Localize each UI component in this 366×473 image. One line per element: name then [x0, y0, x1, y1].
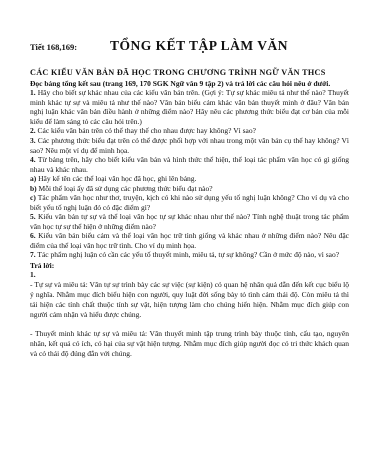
- question-4: 4. Từ bảng trên, hãy cho biết kiểu văn b…: [30, 155, 349, 174]
- question-number: 7.: [30, 250, 36, 259]
- question-number: 3.: [30, 136, 36, 145]
- question-text: Các kiểu văn bản trên có thể thay thế ch…: [38, 126, 256, 135]
- question-text: Mỗi thể loại ấy đã sử dụng các phương th…: [39, 184, 213, 193]
- question-number: b): [30, 184, 37, 193]
- page-title: TỔNG KẾT TẬP LÀM VĂN: [77, 38, 349, 54]
- question-4a: a) Hãy kể tên các thể loại văn học đã họ…: [30, 174, 349, 184]
- intro-instruction: Đọc bảng tổng kết sau (trang 169, 170 SG…: [30, 79, 349, 89]
- document-page: Tiết 168,169: TỔNG KẾT TẬP LÀM VĂN CÁC K…: [0, 0, 366, 473]
- question-number: a): [30, 174, 36, 183]
- question-number: 5.: [30, 212, 36, 221]
- question-1: 1. Hãy cho biết sự khác nhau của các kiể…: [30, 88, 349, 126]
- question-text: Tác phẩm văn học như thơ, truyện, kịch c…: [30, 193, 349, 212]
- question-5: 5. Kiểu văn bản tự sự và thể loại văn họ…: [30, 212, 349, 231]
- question-text: Các phương thức biểu đạt trên có thể đượ…: [30, 136, 349, 155]
- question-text: Tác phẩm nghị luận có cần các yếu tố thu…: [37, 250, 339, 259]
- question-3: 3. Các phương thức biểu đạt trên có thể …: [30, 136, 349, 155]
- question-text: Kiểu văn bản biểu cảm và thể loại văn họ…: [30, 231, 349, 250]
- question-text: Hãy kể tên các thể loại văn học đã học, …: [38, 174, 196, 183]
- question-text: Từ bảng trên, hãy cho biết kiểu văn bản …: [30, 155, 349, 174]
- question-number: c): [30, 193, 36, 202]
- question-number: 2.: [30, 126, 36, 135]
- section-heading: CÁC KIỂU VĂN BẢN ĐÃ HỌC TRONG CHƯƠNG TRÌ…: [30, 68, 349, 79]
- question-number: 1.: [30, 88, 36, 97]
- answer-section-label: Trả lời:: [30, 261, 349, 271]
- question-text: Kiểu văn bản tự sự và thể loại văn học t…: [30, 212, 349, 231]
- question-text: Hãy cho biết sự khác nhau của các kiểu v…: [30, 88, 349, 126]
- question-6: 6. Kiểu văn bản biểu cảm và thể loại văn…: [30, 231, 349, 250]
- question-2: 2. Các kiểu văn bản trên có thể thay thế…: [30, 126, 349, 136]
- answer-number: 1.: [30, 270, 349, 280]
- question-4c: c) Tác phẩm văn học như thơ, truyện, kịc…: [30, 193, 349, 212]
- question-number: 6.: [30, 231, 36, 240]
- question-4b: b) Mỗi thể loại ấy đã sử dụng các phương…: [30, 184, 349, 194]
- question-7: 7. Tác phẩm nghị luận có cần các yếu tố …: [30, 250, 349, 260]
- answer-paragraph-1: - Tự sự và miêu tả: Văn tự sự trình bày …: [30, 280, 349, 320]
- question-number: 4.: [30, 155, 36, 164]
- document-header: Tiết 168,169: TỔNG KẾT TẬP LÀM VĂN: [30, 38, 349, 54]
- answer-paragraph-2: - Thuyết minh khác tự sự và miêu tả: Văn…: [30, 329, 349, 359]
- lesson-number-label: Tiết 168,169:: [30, 42, 77, 52]
